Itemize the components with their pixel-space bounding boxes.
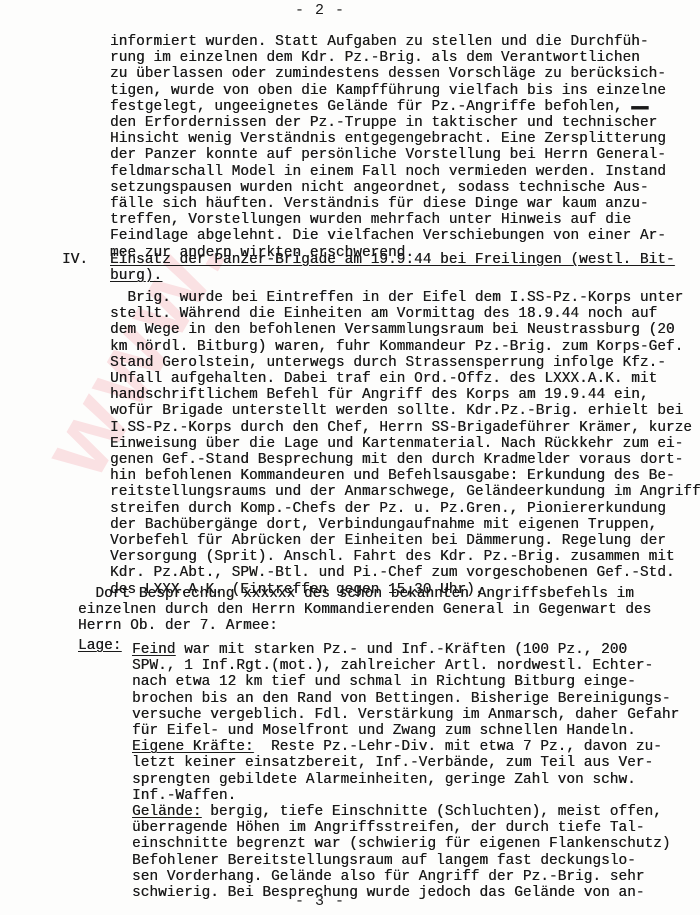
text-line: informiert wurden. Statt Aufgaben zu ste… bbox=[110, 34, 649, 50]
text-line: Inf.-Waffen. bbox=[132, 788, 236, 804]
text-line: Befohlener Bereitstellungsraum auf lange… bbox=[132, 853, 636, 869]
sub-label: Gelände: bbox=[132, 804, 202, 820]
text-line: setzungspausen wurden nicht angeordnet, … bbox=[110, 180, 649, 196]
text-line: feldmarschall Model in einem Fall noch v… bbox=[110, 164, 666, 180]
text-line: I.SS-Pz.-Korps durch den Chef, Herrn SS-… bbox=[110, 420, 692, 436]
page-footer-number: - 3 - bbox=[0, 893, 670, 910]
text-line: km nördl. Bitburg) waren, fuhr Kommandeu… bbox=[110, 339, 683, 355]
text-line: stellt. Während die Einheiten am Vormitt… bbox=[110, 306, 657, 322]
text-line: hin befohlenen Kommandeuren und Befehlsa… bbox=[110, 468, 675, 484]
page-header-number: - 2 - bbox=[0, 2, 670, 19]
text-line: sen Vorderhang. Gelände also für Angriff… bbox=[132, 869, 644, 885]
text-line: Vorbefehl für Abrücken der Einheiten bei… bbox=[110, 533, 666, 549]
text-line: Feindlage abgelehnt. Die vielfachen Vers… bbox=[110, 228, 666, 244]
sub-label: Eigene Kräfte: bbox=[132, 739, 254, 755]
sub-label: Feind bbox=[132, 642, 175, 658]
text-line: tigen, wurde von oben die Kampfführung v… bbox=[110, 83, 666, 99]
text-line: einzelnen durch den Herrn Kommandierende… bbox=[78, 602, 651, 618]
section-number: IV. bbox=[62, 252, 88, 268]
text-line: Stand Gerolstein, unterwegs durch Strass… bbox=[110, 355, 666, 371]
text-line: dem Wege in den befohlenen Versammlungsr… bbox=[110, 322, 675, 338]
text-line: Unfall aufgehalten. Dabei traf ein Ord.-… bbox=[110, 371, 657, 387]
text-line: festgelegt, ungeeignetes Gelände für Pz.… bbox=[110, 99, 649, 115]
text-line: einschnitte begrenzt war (schwierig für … bbox=[132, 836, 671, 852]
text-line: Gelände: bergig, tiefe Einschnitte (Schl… bbox=[132, 804, 662, 820]
text-line: überragende Höhen im Angriffsstreifen, d… bbox=[132, 820, 644, 836]
text-line: Eigene Kräfte: Reste Pz.-Lehr-Div. mit e… bbox=[132, 739, 662, 755]
text-line: für Eifel- und Moselfront und Zwang zum … bbox=[132, 723, 636, 739]
text-line: brochen bis an den Rand von Bettingen. B… bbox=[132, 691, 671, 707]
text-line: streifen durch Komp.-Chefs der Pz. u. Pz… bbox=[110, 501, 666, 517]
text-line: der Bachübergänge dort, Verbindungaufnah… bbox=[110, 517, 657, 533]
text-line: SPW., 1 Inf.Rgt.(mot.), zahlreicher Artl… bbox=[132, 658, 653, 674]
section-title-line: burg). bbox=[110, 268, 162, 284]
text-line: nach etwa 12 km tief und schmal in Richt… bbox=[132, 674, 636, 690]
text-line: treffen, Vorstellungen wurden mehrfach u… bbox=[110, 212, 631, 228]
text-line: Brig. wurde bei Eintreffen in der Eifel … bbox=[110, 290, 683, 306]
text-line: Dort Besprechung xxxxxx des schon bekann… bbox=[78, 586, 634, 602]
text-line: Kdr. Pz.Abt., SPW.-Btl. und Pi.-Chef zum… bbox=[110, 565, 675, 581]
text-line: zu überlassen oder zumindestens dessen V… bbox=[110, 66, 666, 82]
text-line: handschriftlichem Befehl für Angriff des… bbox=[110, 387, 649, 403]
text-line: rung im einzelnen dem Kdr. Pz.-Brig. als… bbox=[110, 50, 640, 66]
text-line: Versorgung (Sprit). Anschl. Fahrt des Kd… bbox=[110, 549, 675, 565]
text-line: letzt keiner einsatzbereit, Inf.-Verbänd… bbox=[132, 755, 653, 771]
text-line: Feind war mit starken Pz.- und Inf.-Kräf… bbox=[132, 642, 627, 658]
document-page: www. - 2 - informiert wurden. Statt Aufg… bbox=[0, 0, 700, 915]
text-line: versuche vergeblich. Fdl. Verstärkung im… bbox=[132, 707, 679, 723]
text-line: den Erfordernissen der Pz.-Truppe in tak… bbox=[110, 115, 657, 131]
text-line: reitstellungsraums und der Anmarschwege,… bbox=[110, 484, 700, 500]
text-line: genen Gef.-Stand Besprechung mit den dur… bbox=[110, 452, 683, 468]
text-line: fälle sich häuften. Verständnis für dies… bbox=[110, 196, 649, 212]
text-line: Hinsicht wenig Verständnis entgegengebra… bbox=[110, 131, 666, 147]
text-line: wofür Brigade unterstellt werden sollte.… bbox=[110, 403, 683, 419]
section-title-line: Einsatz der Panzer-Brigade am 19.9.44 be… bbox=[110, 252, 675, 268]
text-line: der Panzer konnte auf persönliche Vorste… bbox=[110, 147, 666, 163]
text-line: Herrn Ob. der 7. Armee: bbox=[78, 618, 278, 634]
lage-label: Lage: bbox=[78, 638, 121, 654]
text-line: Einweisung über die Lage und Kartenmater… bbox=[110, 436, 683, 452]
text-line: sprengten gebildete Alarmeinheiten, geri… bbox=[132, 772, 636, 788]
